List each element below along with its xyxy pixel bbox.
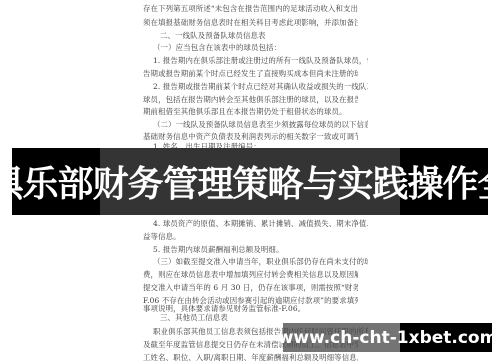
doc-line: （一）应当包含在该表中的球员包括： xyxy=(153,43,368,52)
section-heading: 三、其他员工信息表 xyxy=(160,313,375,322)
doc-line: 事项说明，具体要求请参见财务监管标准-F.06。 xyxy=(143,304,358,313)
doc-line: 须在填报基础财务信息表时在相关科目考虑此项影响，并添加备注说明。 xyxy=(143,18,358,27)
doc-line: 1. 报告期内在俱乐部注册或注册过的所有一线队及预备队球员，包括在报 xyxy=(153,56,368,65)
doc-line: 基础财务信息中资产负债表及利润表列示的相关数字一致或可调节一致： xyxy=(143,132,358,141)
watermark-url: www.ch-cht-1xbet.com xyxy=(283,323,492,352)
doc-line: 提交准入申请当年的 6 月 30 日，仍存在该事项，则需按照“财务监管标准- xyxy=(143,283,358,292)
doc-line: 益等信息。 xyxy=(143,232,358,241)
doc-line: 告期或报告期前某个时点已经发生了直接购买成本但尚未注册的球员； xyxy=(143,69,358,78)
doc-line: 4. 球员资产的原值、本期摊销、累计摊销、减值损失、期末净值、处置损 xyxy=(153,219,368,228)
doc-line: 球员，包括在报告期内转会至其他俱乐部注册的球员，以及在报告期内或报告 xyxy=(143,95,358,104)
doc-line: 存在下列第五项所述“未包含在报告范围内的足球活动收入和支出”，俱乐部 xyxy=(143,4,358,13)
section-heading: 二、一线队及预备队球员信息表 xyxy=(160,31,375,40)
doc-line: 工姓名、职位、入职/离职日期、年度薪酬福利总额及明细等信息。 xyxy=(143,353,358,362)
doc-line: 5. 报告期内球员薪酬福利总额及明细。 xyxy=(153,245,368,254)
doc-line: （三）如截至提交准入申请当年，职业俱乐部仍存在尚未支付的球员转会 xyxy=(153,257,368,266)
doc-line: 费，则应在球员信息表中增加填列应付转会费相关信息以及原因解释。如截至 xyxy=(143,270,358,279)
doc-line: 2. 报告期或报告期前某个时点已经对其确认收益或损失的一线队及预备队 xyxy=(153,82,368,91)
doc-line: （二）一线队及预备队球员信息表至少须披露每位球员的以下信息，并与 xyxy=(153,120,368,129)
doc-line: 期前租借至其他俱乐部且在本报告期仍处于租借状态的球员。 xyxy=(143,107,358,116)
banner-title: 足球俱乐部财务管理策略与实践操作全解析 xyxy=(12,148,488,215)
